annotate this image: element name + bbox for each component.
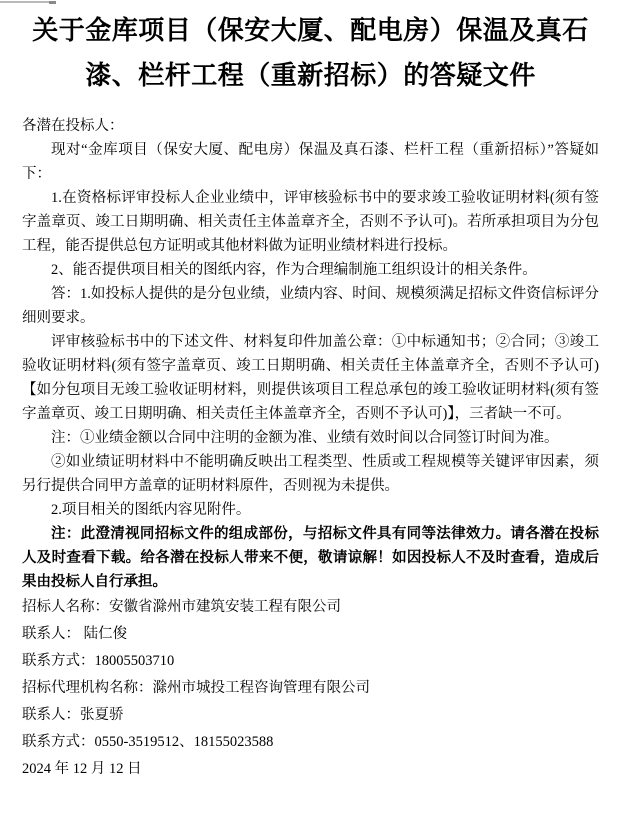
document-title-line2: 漆、栏杆工程（重新招标）的答疑文件 — [85, 61, 536, 90]
document-date: 2024 年 12 月 12 日 — [22, 756, 599, 783]
table-border-artifact — [0, 1, 56, 3]
legal-note: 注：此澄清视同招标文件的组成部份，与招标文件具有同等法律效力。请各潜在投标人及时… — [22, 522, 599, 594]
document-title: 关于金库项目（保安大厦、配电房）保温及真石 漆、栏杆工程（重新招标）的答疑文件 — [22, 8, 599, 98]
note-2: ②如业绩证明材料中不能明确反映出工程类型、性质或工程规模等关键评审因素，须另行提… — [22, 450, 599, 498]
intro-paragraph: 现对“金库项目（保安大厦、配电房）保温及真石漆、栏杆工程（重新招标）”答疑如下： — [22, 138, 599, 186]
salutation: 各潜在投标人： — [22, 114, 599, 138]
tenderer-contact-phone: 联系方式：18005503710 — [22, 648, 599, 675]
table-border-tick — [49, 1, 56, 4]
agency-contact-person: 联系人：张夏骄 — [22, 702, 599, 729]
question-1: 1.在资格标评审投标人企业业绩中，评审核验标书中的要求竣工验收证明材料(须有签字… — [22, 186, 599, 258]
document-title-line1: 关于金库项目（保安大厦、配电房）保温及真石 — [32, 16, 589, 45]
question-2: 2、能否提供项目相关的图纸内容，作为合理编制施工组织设计的相关条件。 — [22, 258, 599, 282]
review-documents-paragraph: 评审核验标书中的下述文件、材料复印件加盖公章：①中标通知书；②合同；③竣工验收证… — [22, 330, 599, 426]
document-body: 各潜在投标人： 现对“金库项目（保安大厦、配电房）保温及真石漆、栏杆工程（重新招… — [22, 114, 599, 594]
document-footer: 招标人名称：安徽省滁州市建筑安装工程有限公司 联系人： 陆仁俊 联系方式：180… — [22, 594, 599, 783]
agency-contact-phone: 联系方式：0550-3519512、18155023588 — [22, 729, 599, 756]
agency-name: 招标代理机构名称：滁州市城投工程咨询管理有限公司 — [22, 675, 599, 702]
tenderer-contact-person: 联系人： 陆仁俊 — [22, 621, 599, 648]
answer-1: 答：1.如投标人提供的是分包业绩，业绩内容、时间、规模须满足招标文件资信标评分细… — [22, 282, 599, 330]
tenderer-name: 招标人名称：安徽省滁州市建筑安装工程有限公司 — [22, 594, 599, 621]
answer-2: 2.项目相关的图纸内容见附件。 — [22, 498, 599, 522]
note-1: 注：①业绩金额以合同中注明的金额为准、业绩有效时间以合同签订时间为准。 — [22, 426, 599, 450]
document-page: 关于金库项目（保安大厦、配电房）保温及真石 漆、栏杆工程（重新招标）的答疑文件 … — [0, 0, 619, 816]
